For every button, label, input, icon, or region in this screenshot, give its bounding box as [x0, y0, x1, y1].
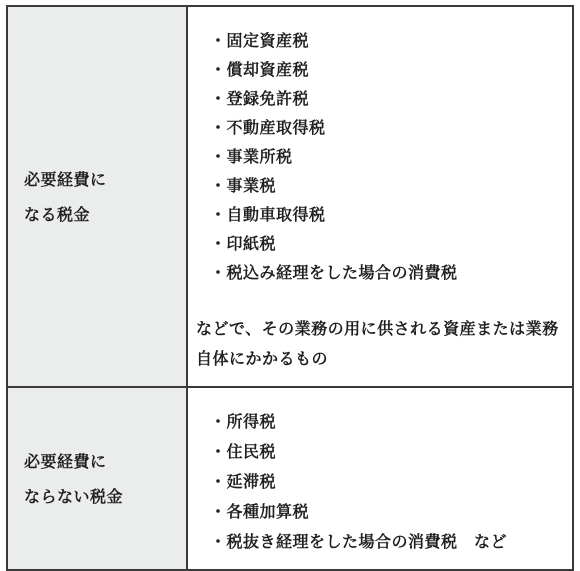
row-header-deductible: 必要経費に なる税金 [7, 6, 187, 387]
tax-list-deductible: ・固定資産税 ・償却資産税 ・登録免許税 ・不動産取得税 ・事業所税 ・事業税 … [196, 26, 562, 287]
row-header-line: なる税金 [24, 197, 180, 232]
row-content-nondeductible: ・所得税 ・住民税 ・延滞税 ・各種加算税 ・税抜き経理をした場合の消費税 など [187, 387, 573, 570]
list-item: ・各種加算税 [210, 497, 562, 527]
bullet-glyph: ・ [210, 176, 227, 195]
bullet-glyph: ・ [210, 532, 227, 551]
list-item: ・登録免許税 [210, 84, 562, 113]
row-content-deductible: ・固定資産税 ・償却資産税 ・登録免許税 ・不動産取得税 ・事業所税 ・事業税 … [187, 6, 573, 387]
list-item: ・所得税 [210, 407, 562, 437]
list-item-label: 延滞税 [227, 472, 277, 491]
list-item: ・税込み経理をした場合の消費税 [210, 258, 562, 287]
bullet-glyph: ・ [210, 412, 227, 431]
row-header-line: 必要経費に [24, 444, 180, 479]
list-item-label: 償却資産税 [227, 60, 310, 79]
list-item-label: 事業税 [227, 176, 277, 195]
row-header-line: 必要経費に [24, 162, 180, 197]
row-header-nondeductible: 必要経費に ならない税金 [7, 387, 187, 570]
table-row-nondeductible: 必要経費に ならない税金 ・所得税 ・住民税 ・延滞税 ・各種加算税 ・税抜き経… [7, 387, 573, 570]
list-item: ・事業所税 [210, 142, 562, 171]
list-item-label: 事業所税 [227, 147, 293, 166]
list-item: ・自動車取得税 [210, 200, 562, 229]
table-row-deductible: 必要経費に なる税金 ・固定資産税 ・償却資産税 ・登録免許税 ・不動産取得税 … [7, 6, 573, 387]
list-item: ・税抜き経理をした場合の消費税 など [210, 527, 562, 557]
bullet-glyph: ・ [210, 472, 227, 491]
list-item-label: 固定資産税 [227, 31, 310, 50]
list-item-label: 登録免許税 [227, 89, 310, 108]
bullet-glyph: ・ [210, 118, 227, 137]
bullet-glyph: ・ [210, 147, 227, 166]
tax-list-nondeductible: ・所得税 ・住民税 ・延滞税 ・各種加算税 ・税抜き経理をした場合の消費税 など [196, 407, 562, 557]
bullet-glyph: ・ [210, 234, 227, 253]
list-item-label: 住民税 [227, 442, 277, 461]
bullet-glyph: ・ [210, 60, 227, 79]
list-item: ・住民税 [210, 437, 562, 467]
tax-table: 必要経費に なる税金 ・固定資産税 ・償却資産税 ・登録免許税 ・不動産取得税 … [6, 5, 574, 571]
list-item: ・印紙税 [210, 229, 562, 258]
list-item-label: 税込み経理をした場合の消費税 [227, 263, 458, 282]
list-item: ・事業税 [210, 171, 562, 200]
bullet-glyph: ・ [210, 89, 227, 108]
bullet-glyph: ・ [210, 263, 227, 282]
bullet-glyph: ・ [210, 205, 227, 224]
list-item-label: 印紙税 [227, 234, 277, 253]
list-item-label: 所得税 [227, 412, 277, 431]
list-item-label: 各種加算税 [227, 502, 310, 521]
bullet-glyph: ・ [210, 442, 227, 461]
list-item-label: 税抜き経理をした場合の消費税 など [227, 532, 508, 551]
list-item: ・不動産取得税 [210, 113, 562, 142]
list-item-label: 不動産取得税 [227, 118, 326, 137]
list-item: ・固定資産税 [210, 26, 562, 55]
list-item: ・償却資産税 [210, 55, 562, 84]
bullet-glyph: ・ [210, 31, 227, 50]
note-text: などで、その業務の用に供される資産または業務自体にかかるもの [196, 314, 562, 374]
page: 必要経費に なる税金 ・固定資産税 ・償却資産税 ・登録免許税 ・不動産取得税 … [0, 0, 580, 561]
row-header-line: ならない税金 [24, 479, 180, 514]
bullet-glyph: ・ [210, 502, 227, 521]
list-item-label: 自動車取得税 [227, 205, 326, 224]
list-item: ・延滞税 [210, 467, 562, 497]
